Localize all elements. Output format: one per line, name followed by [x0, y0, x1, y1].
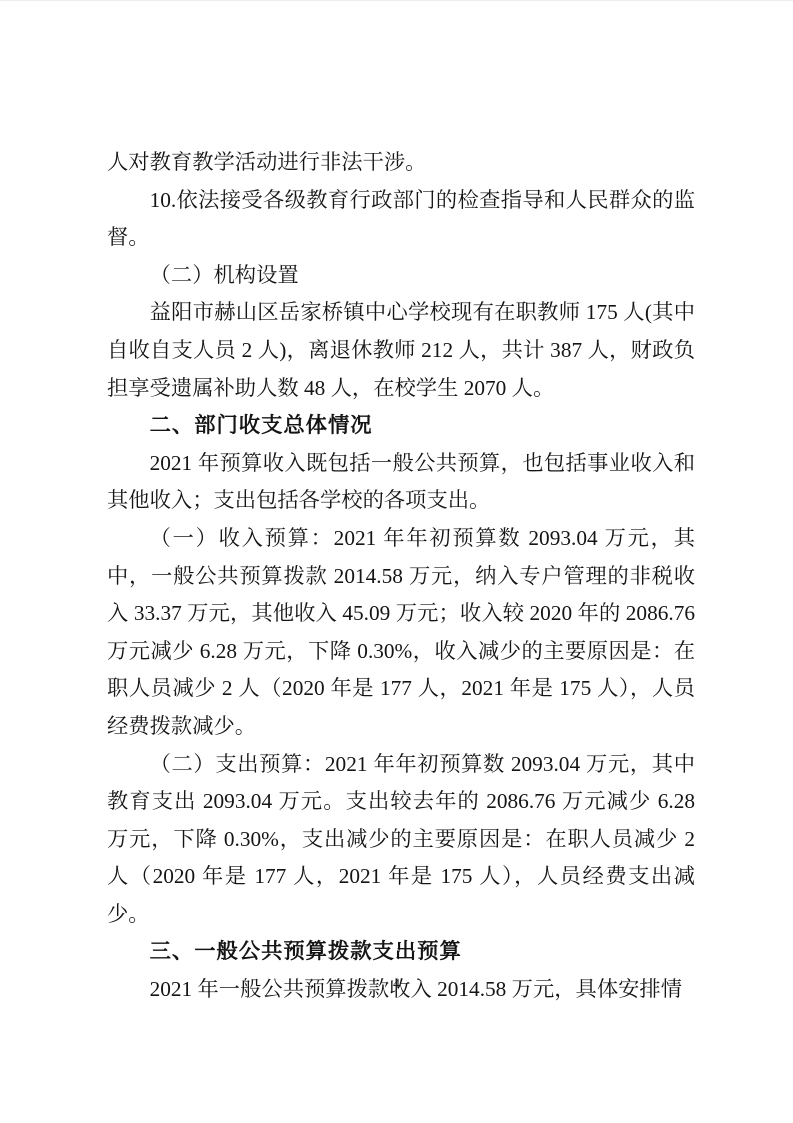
section-heading-3: 三、一般公共预算拨款支出预算 [107, 933, 695, 971]
paragraph-staffing: 益阳市赫山区岳家桥镇中心学校现有在职教师 175 人(其中自收自支人员 2 人)… [107, 294, 695, 407]
subheading-org-setup: （二）机构设置 [107, 257, 695, 295]
page-number: 4 [0, 977, 793, 993]
document-page: 人对教育教学活动进行非法干涉。 10.依法接受各级教育行政部门的检查指导和人民群… [0, 0, 793, 1123]
section-heading-2: 二、部门收支总体情况 [107, 407, 695, 445]
paragraph-expenditure-budget: （二）支出预算：2021 年年初预算数 2093.04 万元，其中教育支出 20… [107, 746, 695, 934]
paragraph-budget-overview: 2021 年预算收入既包括一般公共预算，也包括事业收入和其他收入；支出包括各学校… [107, 445, 695, 520]
continuation-paragraph: 人对教育教学活动进行非法干涉。 [107, 144, 695, 182]
paragraph-item-10: 10.依法接受各级教育行政部门的检查指导和人民群众的监督。 [107, 182, 695, 257]
paragraph-income-budget: （一）收入预算：2021 年年初预算数 2093.04 万元，其中，一般公共预算… [107, 520, 695, 746]
document-body: 人对教育教学活动进行非法干涉。 10.依法接受各级教育行政部门的检查指导和人民群… [107, 144, 695, 1009]
